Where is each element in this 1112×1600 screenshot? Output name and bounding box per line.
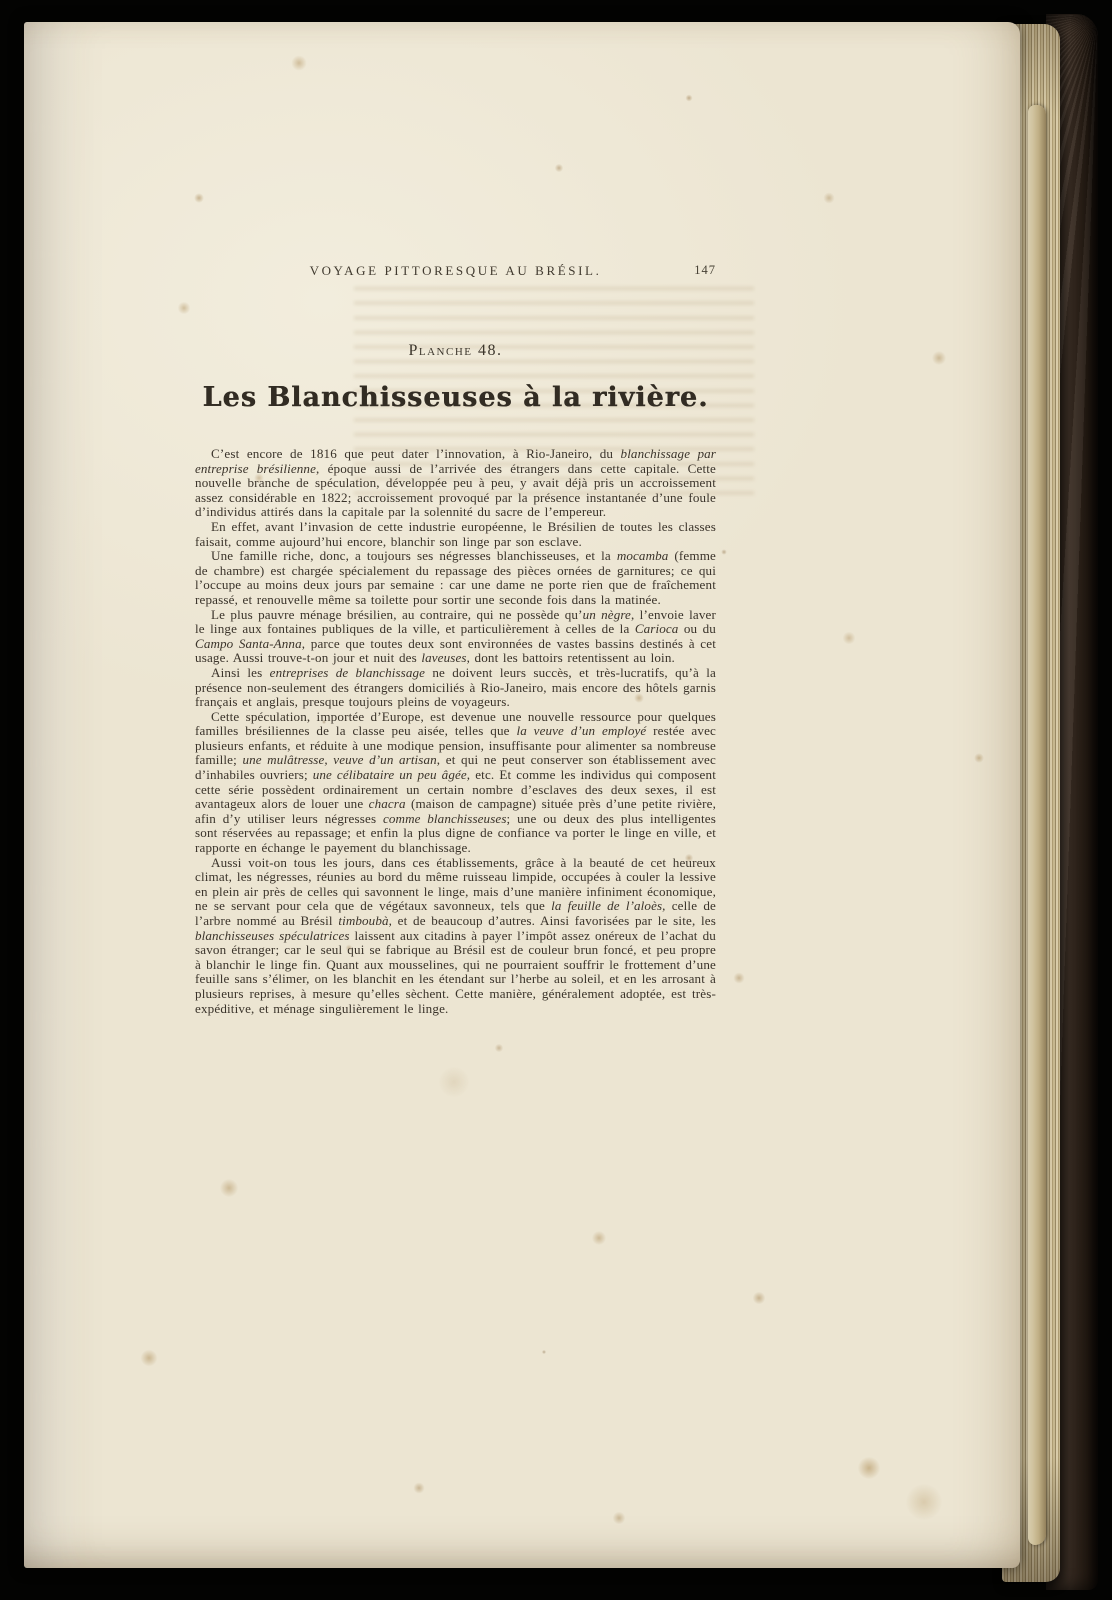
- article-title: Les Blanchisseuses à la rivière.: [195, 382, 716, 413]
- standing-page-edge: [1028, 105, 1046, 1545]
- text-run: et de beaucoup d’autres. Ainsi favorisée…: [392, 913, 716, 928]
- text-run: ou du: [678, 621, 716, 636]
- italic-phrase: une célibataire un peu âgée,: [313, 767, 470, 782]
- running-title: VOYAGE PITTORESQUE AU BRÉSIL.: [310, 263, 602, 278]
- italic-phrase: mocamba: [617, 548, 669, 563]
- italic-phrase: comme blanchisseuses: [383, 811, 507, 826]
- text-run: Ainsi les: [211, 665, 270, 680]
- body-text: C’est encore de 1816 que peut dater l’in…: [195, 447, 716, 1016]
- text-run: Le plus pauvre ménage brésilien, au cont…: [211, 607, 583, 622]
- italic-phrase: un nègre: [583, 607, 631, 622]
- italic-phrase: la veuve d’un employé: [517, 723, 647, 738]
- italic-phrase: la feuille de l’aloès,: [551, 898, 665, 913]
- paragraph: Une famille riche, donc, a toujours ses …: [195, 549, 716, 607]
- paragraph: Le plus pauvre ménage brésilien, au cont…: [195, 608, 716, 666]
- text-run: , dont les battoirs retentissent au loin…: [467, 650, 675, 665]
- book-page: VOYAGE PITTORESQUE AU BRÉSIL. 147 Planch…: [24, 22, 1020, 1568]
- text-run: En effet, avant l’invasion de cette indu…: [195, 519, 716, 549]
- paragraph: Cette spéculation, importée d’Europe, es…: [195, 710, 716, 856]
- italic-phrase: chacra: [369, 796, 406, 811]
- italic-phrase: Carioca: [635, 621, 679, 636]
- text-run: Une famille riche, donc, a toujours ses …: [211, 548, 617, 563]
- italic-phrase: entreprises de blanchissage: [270, 665, 425, 680]
- italic-phrase: Campo Santa-Anna: [195, 636, 302, 651]
- paragraph: Ainsi les entreprises de blanchissage ne…: [195, 666, 716, 710]
- page-header: VOYAGE PITTORESQUE AU BRÉSIL. 147: [195, 262, 716, 282]
- italic-phrase: une mulâtresse, veuve d’un artisan: [242, 752, 436, 767]
- italic-phrase: laveuses: [421, 650, 466, 665]
- italic-phrase: blanchisseuses spéculatrices: [195, 928, 350, 943]
- text-block: VOYAGE PITTORESQUE AU BRÉSIL. 147 Planch…: [195, 262, 716, 1016]
- paragraph: Aussi voit-on tous les jours, dans ces é…: [195, 856, 716, 1017]
- plate-heading: Planche 48.: [195, 342, 716, 360]
- paragraph: En effet, avant l’invasion de cette indu…: [195, 520, 716, 549]
- italic-phrase: timboubà,: [338, 913, 392, 928]
- text-run: C’est encore de 1816 que peut dater l’in…: [211, 446, 621, 461]
- page-number: 147: [694, 263, 716, 278]
- paragraph: C’est encore de 1816 que peut dater l’in…: [195, 447, 716, 520]
- photo-of-book-page: { "colors":{ "paper":"#ebe4d1", "ink":"#…: [0, 0, 1112, 1600]
